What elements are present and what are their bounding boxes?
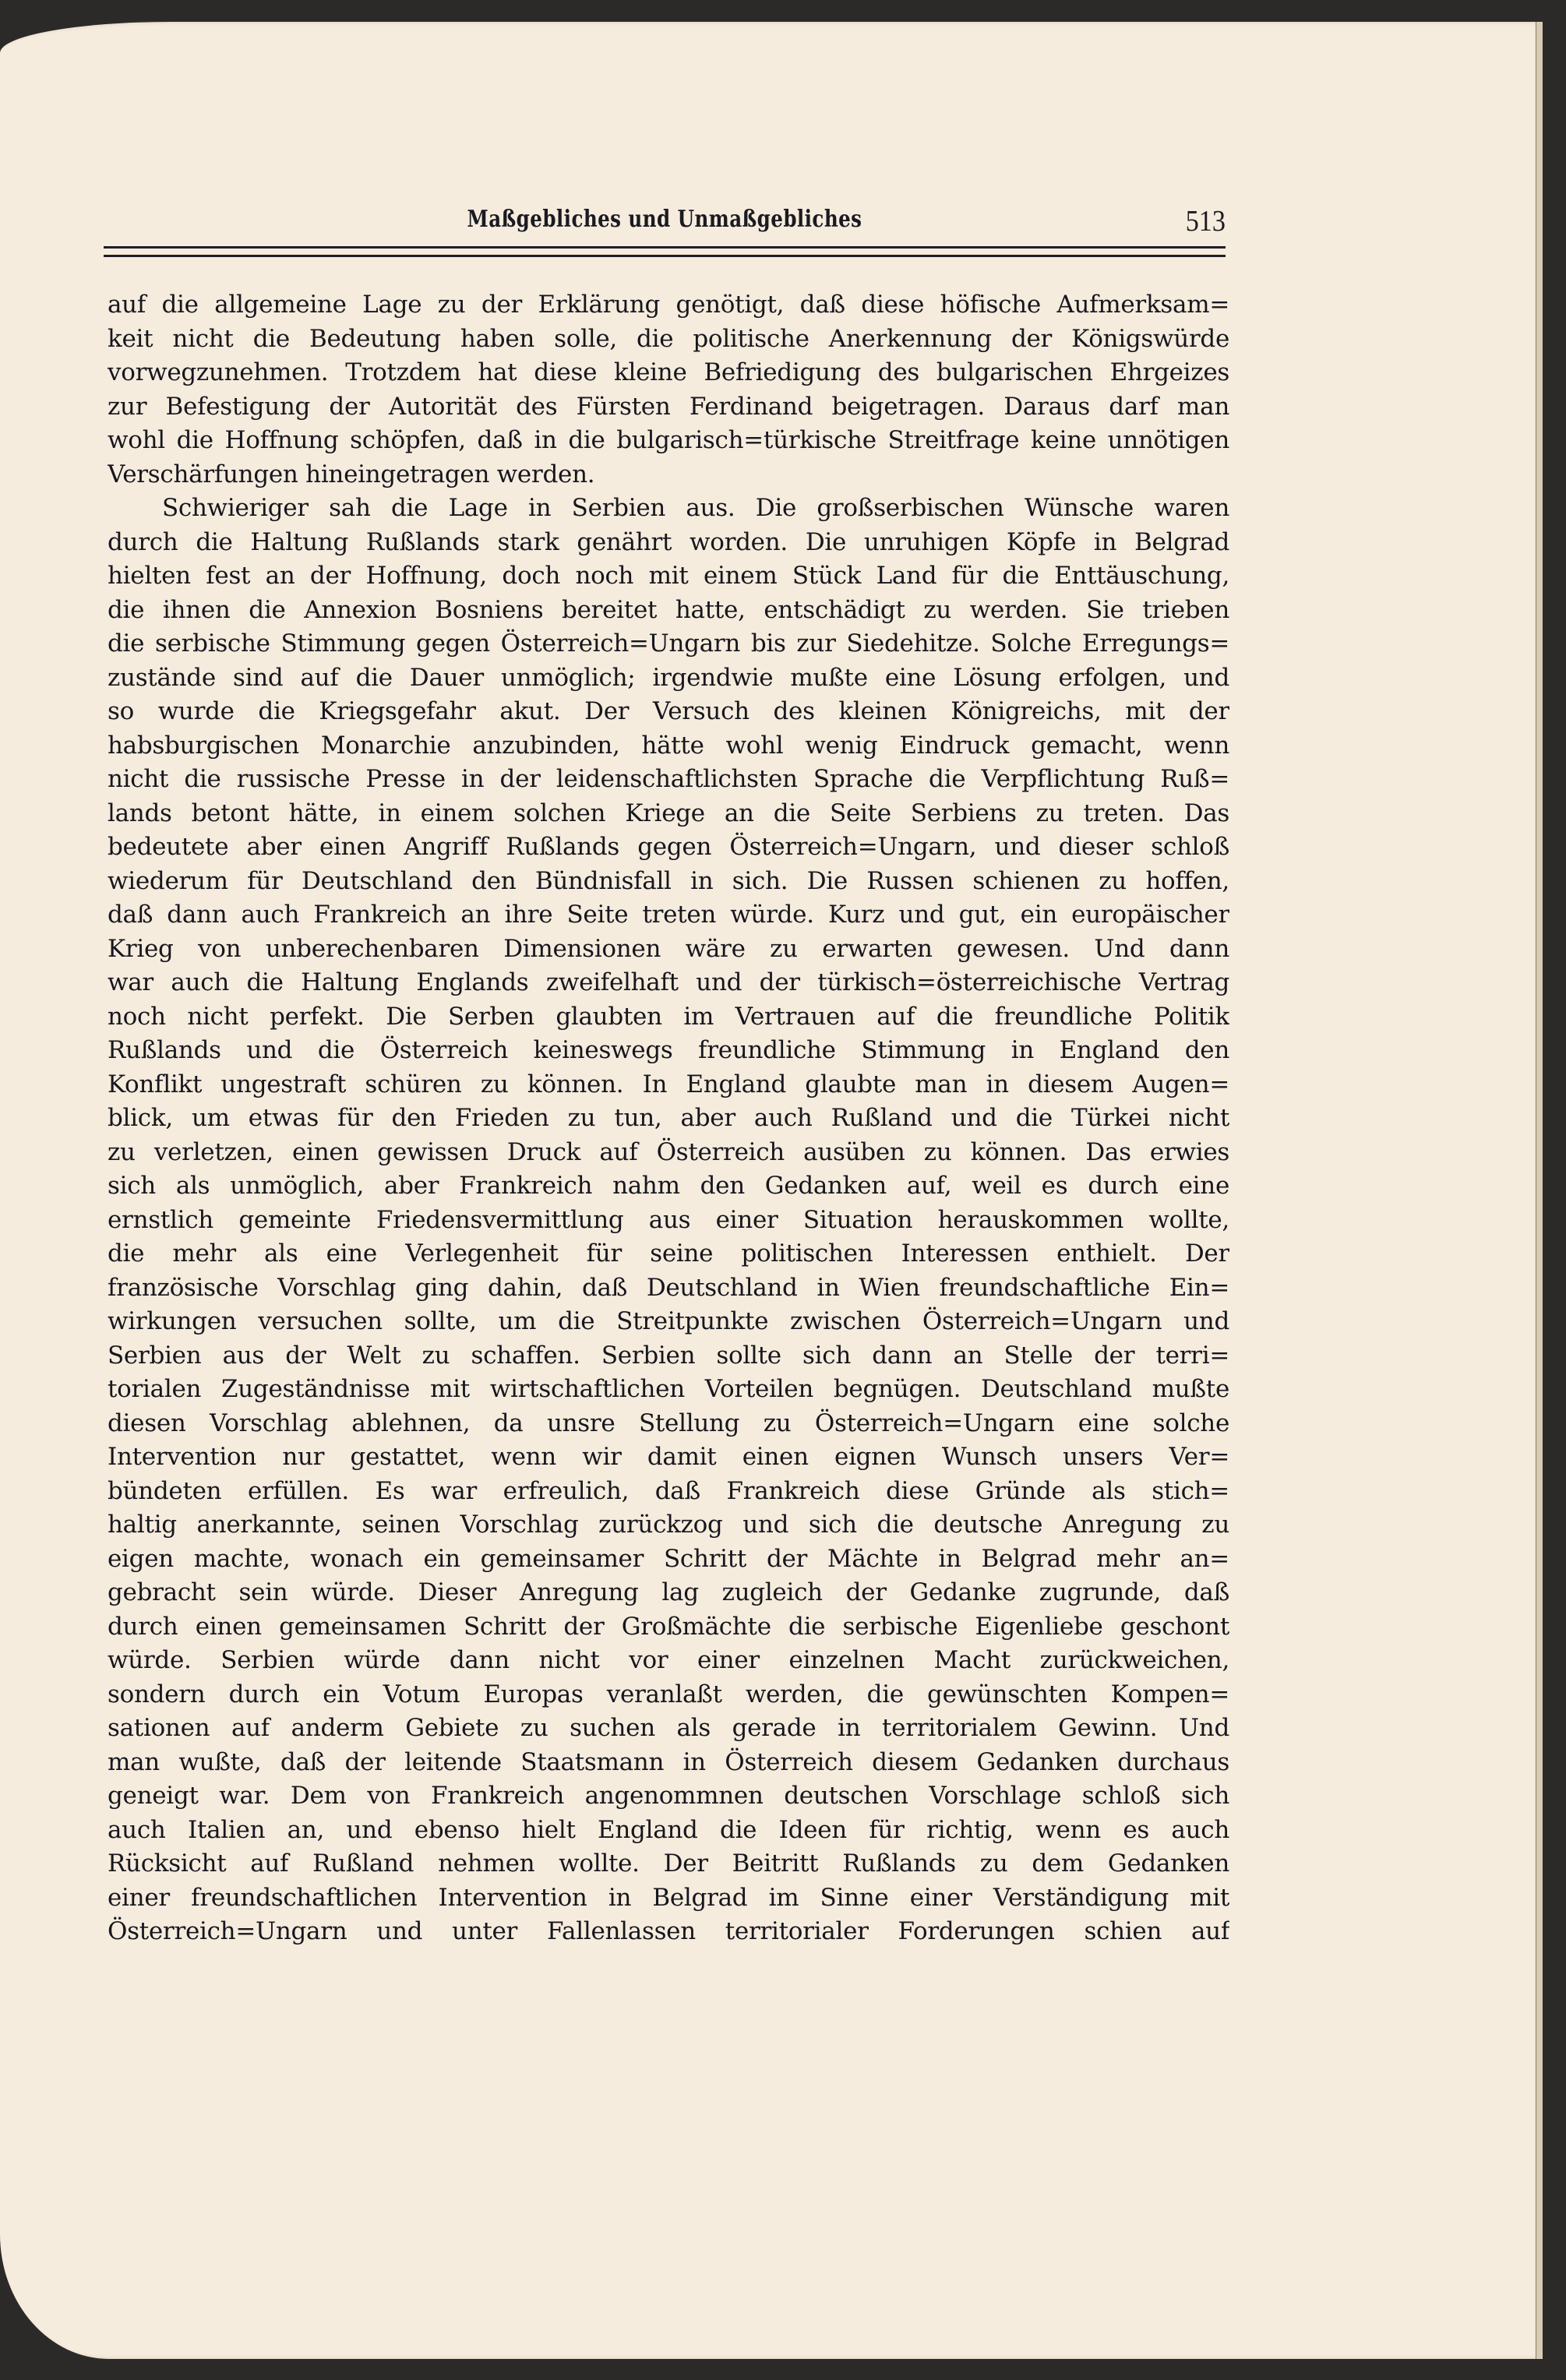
text-line: Verschärfungen hineingetragen werden. xyxy=(108,458,1229,492)
text-line: Serbien aus der Welt zu schaffen. Serbie… xyxy=(108,1339,1229,1373)
text-line: keit nicht die Bedeutung haben solle, di… xyxy=(108,323,1229,357)
text-line: französische Vorschlag ging dahin, daß D… xyxy=(108,1271,1229,1306)
paragraph-start-line: Schwieriger sah die Lage in Serbien aus.… xyxy=(108,492,1229,526)
text-line: Rücksicht auf Rußland nehmen wollte. Der… xyxy=(108,1847,1229,1881)
text-line: zu verletzen, einen gewissen Druck auf Ö… xyxy=(108,1136,1229,1170)
text-line: bündeten erfüllen. Es war erfreulich, da… xyxy=(108,1475,1229,1509)
text-line: blick, um etwas für den Frieden zu tun, … xyxy=(108,1102,1229,1136)
text-line: Rußlands und die Österreich keineswegs f… xyxy=(108,1034,1229,1068)
text-line: nicht die russische Presse in der leiden… xyxy=(108,763,1229,797)
text-line: haltig anerkannte, seinen Vorschlag zurü… xyxy=(108,1508,1229,1543)
header-rule-bottom xyxy=(104,255,1226,257)
page-edge xyxy=(1536,22,1543,2359)
header-rule-top xyxy=(104,246,1226,249)
text-line: eigen machte, wonach ein gemeinsamer Sch… xyxy=(108,1543,1229,1577)
text-line: würde. Serbien würde dann nicht vor eine… xyxy=(108,1644,1229,1678)
text-line: sationen auf anderm Gebiete zu suchen al… xyxy=(108,1712,1229,1746)
text-line: lands betont hätte, in einem solchen Kri… xyxy=(108,797,1229,831)
text-line: sich als unmöglich, aber Frankreich nahm… xyxy=(108,1169,1229,1204)
text-line: die ihnen die Annexion Bosniens bereitet… xyxy=(108,594,1229,628)
text-line: auf die allgemeine Lage zu der Erklärung… xyxy=(108,288,1229,323)
page-number: 513 xyxy=(1186,204,1226,238)
text-line: war auch die Haltung Englands zweifelhaf… xyxy=(108,966,1229,1000)
text-line: wiederum für Deutschland den Bündnisfall… xyxy=(108,865,1229,899)
text-line: wirkungen versuchen sollte, um die Strei… xyxy=(108,1305,1229,1339)
running-title: Maßgebliches und Unmaßgebliches xyxy=(205,206,1125,233)
text-line: vorwegzunehmen. Trotzdem hat diese klein… xyxy=(108,356,1229,390)
text-line: Krieg von unberechenbaren Dimensionen wä… xyxy=(108,933,1229,967)
text-line: diesen Vorschlag ablehnen, da unsre Stel… xyxy=(108,1407,1229,1441)
text-line: zustände sind auf die Dauer unmöglich; i… xyxy=(108,661,1229,696)
text-line: einer freundschaftlichen Intervention in… xyxy=(108,1881,1229,1916)
text-line: durch die Haltung Rußlands stark genährt… xyxy=(108,526,1229,560)
text-line: ernstlich gemeinte Friedensvermittlung a… xyxy=(108,1204,1229,1238)
text-line: habsburgischen Monarchie anzubinden, hät… xyxy=(108,729,1229,763)
text-line: so wurde die Kriegsgefahr akut. Der Vers… xyxy=(108,695,1229,729)
body-text: auf die allgemeine Lage zu der Erklärung… xyxy=(108,288,1229,1949)
text-line: bedeutete aber einen Angriff Rußlands ge… xyxy=(108,830,1229,865)
text-line: Intervention nur gestattet, wenn wir dam… xyxy=(108,1440,1229,1475)
text-line: daß dann auch Frankreich an ihre Seite t… xyxy=(108,898,1229,933)
text-line: die mehr als eine Verlegenheit für seine… xyxy=(108,1237,1229,1271)
text-line: auch Italien an, und ebenso hielt Englan… xyxy=(108,1814,1229,1848)
text-line: geneigt war. Dem von Frankreich angenomm… xyxy=(108,1779,1229,1814)
text-line: sondern durch ein Votum Europas veranlaß… xyxy=(108,1678,1229,1712)
text-line: man wußte, daß der leitende Staatsmann i… xyxy=(108,1746,1229,1780)
text-line: durch einen gemeinsamen Schritt der Groß… xyxy=(108,1610,1229,1645)
text-line: torialen Zugeständnisse mit wirtschaftli… xyxy=(108,1373,1229,1407)
text-line: die serbische Stimmung gegen Österreich=… xyxy=(108,627,1229,661)
text-line: Konflikt ungestraft schüren zu können. I… xyxy=(108,1068,1229,1102)
text-line: gebracht sein würde. Dieser Anregung lag… xyxy=(108,1576,1229,1610)
text-line: zur Befestigung der Autorität des Fürste… xyxy=(108,390,1229,425)
text-line: noch nicht perfekt. Die Serben glaubten … xyxy=(108,1000,1229,1035)
text-line: Österreich=Ungarn und unter Fallenlassen… xyxy=(108,1915,1229,1949)
page-header: Maßgebliches und Unmaßgebliches 513 xyxy=(104,199,1226,246)
text-line: wohl die Hoffnung schöpfen, daß in die b… xyxy=(108,424,1229,458)
text-line: hielten fest an der Hoffnung, doch noch … xyxy=(108,559,1229,594)
